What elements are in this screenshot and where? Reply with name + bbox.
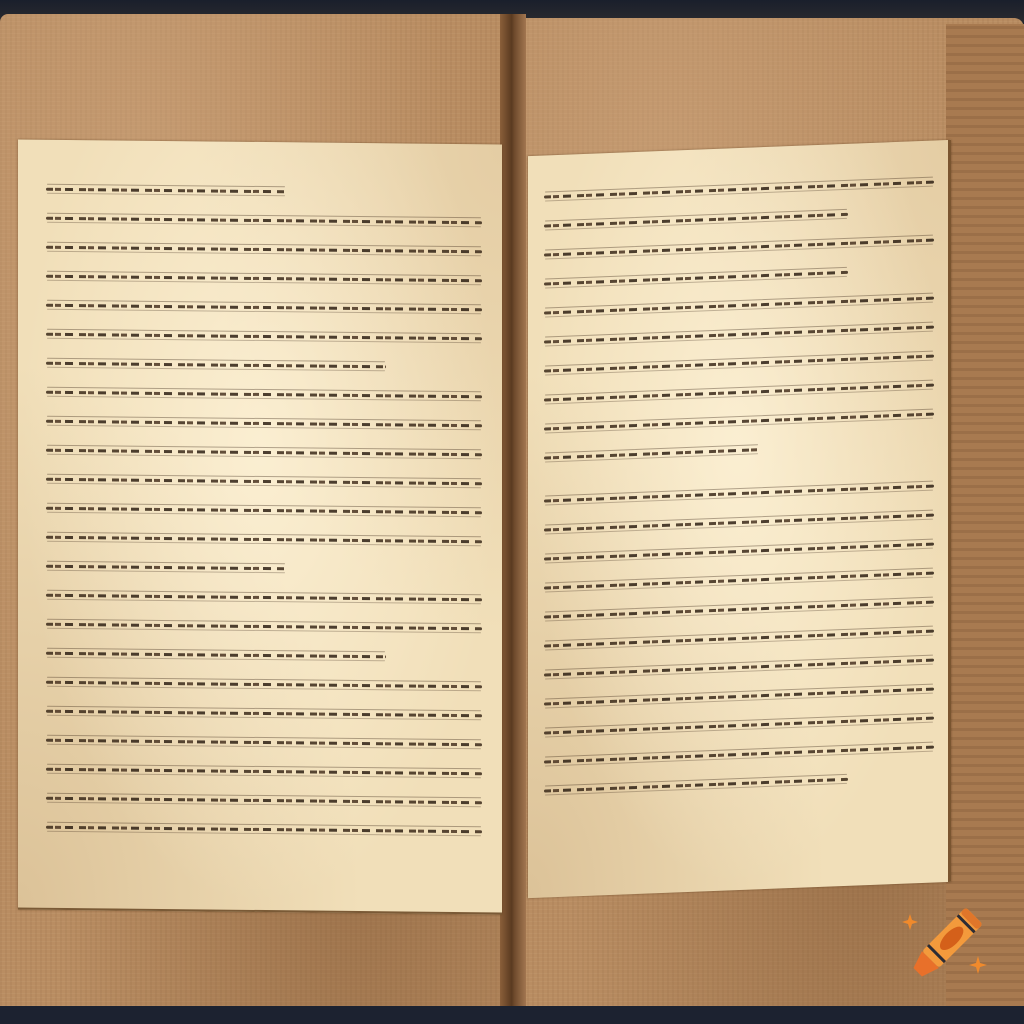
left-page-handwriting	[46, 188, 482, 860]
book-cover-edge	[946, 24, 1024, 1010]
right-page-handwriting	[544, 181, 934, 819]
book-photo: illegible handwritten pseudo-script ille…	[0, 0, 1024, 1024]
left-page: illegible handwritten pseudo-script	[18, 139, 502, 914]
crayon-icon	[896, 894, 996, 994]
right-page-text: illegible handwritten pseudo-script	[528, 156, 529, 157]
background-bottom	[0, 1006, 1024, 1024]
book-spine	[500, 14, 526, 1010]
left-page-text: illegible handwritten pseudo-script	[18, 139, 19, 140]
right-page: illegible handwritten pseudo-script	[528, 140, 951, 898]
